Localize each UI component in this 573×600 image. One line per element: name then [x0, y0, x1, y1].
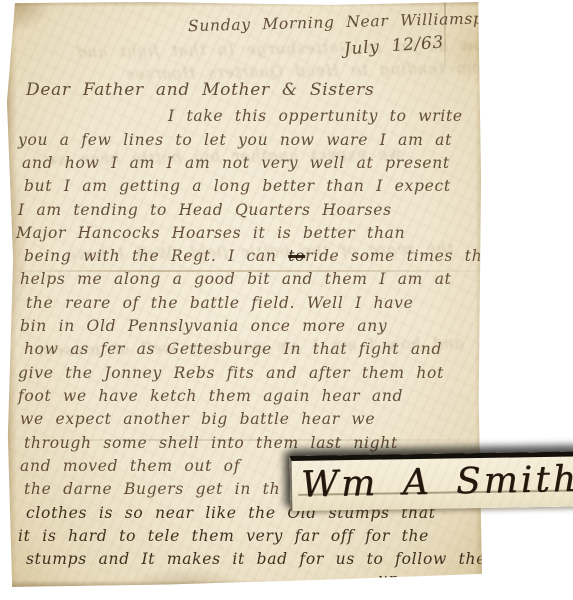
- paper-edge-top: [6, 2, 482, 7]
- letter-line: and moved them out of: [20, 459, 240, 475]
- paper-edge-bottom: [6, 580, 482, 588]
- opening-line: I take this oppertunity to write: [168, 109, 463, 125]
- dateline: Sunday Morning Near Williamsport: [188, 11, 509, 35]
- letter-line: the darne Bugers get in th: [24, 482, 280, 498]
- letter-line: you a few lines to let you now ware I am…: [18, 133, 452, 149]
- signature-clipping: Wm A Smith: [290, 451, 573, 511]
- letter-line: it is hard to tele them very far off for…: [18, 529, 429, 545]
- letter-line: give the Jonney Rebs fits and after them…: [18, 366, 444, 382]
- closing-word: up: [378, 572, 399, 587]
- line-segment: ride some times that: [305, 247, 499, 265]
- letter-line-with-strikeout: being with the Regt. I can toride some t…: [24, 249, 499, 265]
- letter-line: we expect another big battle hear we: [20, 412, 375, 428]
- paper-edge-left: [6, 2, 17, 588]
- letter-line: Major Hancocks Hoarses it is better than: [16, 226, 405, 242]
- letter-line: but I am getting a long better than I ex…: [24, 179, 451, 195]
- salutation: Dear Father and Mother & Sisters: [26, 82, 374, 99]
- letter-line: how as fer as Gettesburge In that fight …: [24, 342, 442, 358]
- letter-line: helps me along a good bit and them I am …: [20, 272, 452, 288]
- scratched-out-word: to: [288, 247, 305, 265]
- letter-line: bin in Old Pennslyvania once more any: [20, 319, 387, 335]
- line-segment: being with the Regt. I can: [24, 247, 288, 265]
- letter-line: through some shell into them last night: [24, 436, 398, 452]
- letter-line: the reare of the battle field. Well I ha…: [26, 296, 414, 312]
- letter-scan: how as fer as Gettesburge In that fight …: [0, 0, 573, 600]
- letter-line: and how I am I am not very well at prese…: [22, 156, 450, 172]
- signature-text: Wm A Smith: [300, 459, 573, 506]
- letter-line: I am tending to Head Quarters Hoarses: [18, 203, 392, 219]
- letter-line: foot we have ketch them again hear and: [18, 389, 403, 405]
- letter-line: stumps and It makes it bad for us to fol…: [26, 552, 501, 568]
- date: July 12/63: [344, 35, 445, 59]
